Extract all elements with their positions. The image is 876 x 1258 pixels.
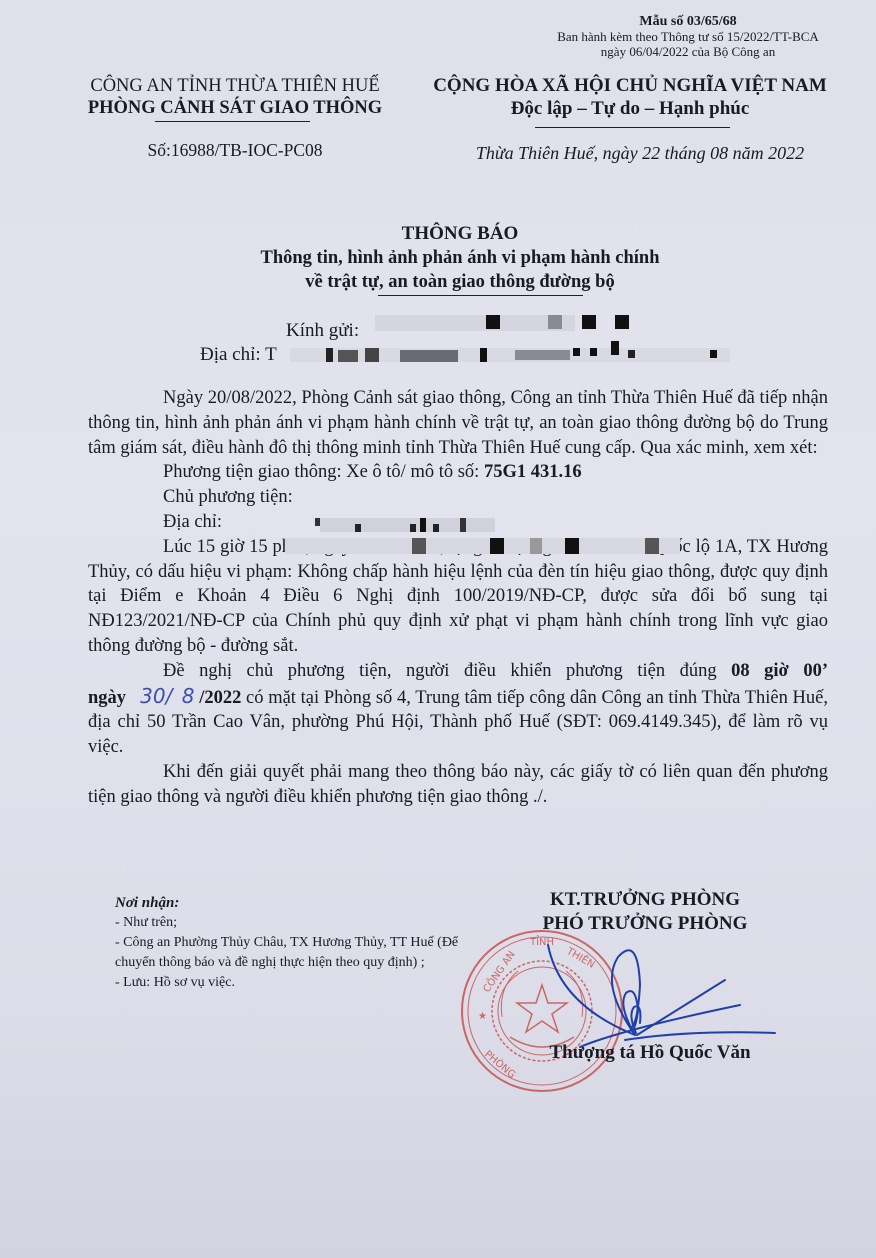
recipient-item: - Lưu: Hồ sơ vụ việc. [115, 973, 465, 993]
handwritten-month: 8 [182, 684, 195, 708]
recipient-item: - Công an Phường Thủy Châu, TX Hương Thủ… [115, 933, 465, 973]
signature-line-1: KT.TRƯỞNG PHÒNG [510, 888, 780, 912]
recipients-list: Nơi nhận: - Như trên; - Công an Phường T… [115, 893, 465, 993]
national-motto: Độc lập – Tự do – Hạnh phúc [410, 97, 850, 121]
agency-header: CÔNG AN TỈNH THỪA THIÊN HUẾ PHÒNG CẢNH S… [70, 75, 400, 119]
issued-with: Ban hành kèm theo Thông tư số 15/2022/TT… [500, 29, 876, 44]
owner-line: Chủ phương tiện: [88, 485, 828, 510]
agency-name: PHÒNG CẢNH SÁT GIAO THÔNG [70, 97, 400, 119]
owner-label: Chủ phương tiện: [163, 487, 293, 507]
signer-name: Thượng tá Hồ Quốc Văn [510, 1042, 790, 1064]
agency-parent: CÔNG AN TỈNH THỪA THIÊN HUẾ [70, 75, 400, 97]
national-name: CỘNG HÒA XÃ HỘI CHỦ NGHĨA VIỆT NAM [410, 75, 850, 97]
title-underline [378, 295, 583, 296]
national-header: CỘNG HÒA XÃ HỘI CHỦ NGHĨA VIỆT NAM Độc l… [410, 75, 850, 121]
document-number: Số:16988/TB-IOC-PC08 [70, 140, 400, 161]
handwritten-day: 30 [140, 684, 165, 708]
appointment-day-label: ngày [88, 688, 126, 708]
place-date: Thừa Thiên Huế, ngày 22 tháng 08 năm 202… [430, 143, 850, 164]
form-number: Mẫu số 03/65/68 [500, 14, 876, 29]
document-title: THÔNG BÁO Thông tin, hình ảnh phản ánh v… [150, 222, 770, 294]
intro-paragraph: Ngày 20/08/2022, Phòng Cảnh sát giao thô… [88, 386, 828, 460]
closing-paragraph: Khi đến giải quyết phải mang theo thông … [88, 760, 828, 810]
appointment-year: /2022 [199, 688, 241, 708]
motto-underline [535, 127, 730, 128]
recipient-label: Kính gửi: [286, 320, 359, 342]
svg-text:★: ★ [478, 1011, 487, 1022]
recipient-address-label: Địa chỉ: T [200, 344, 277, 366]
request-paragraph: Đề nghị chủ phương tiện, người điều khiể… [88, 659, 828, 760]
issued-date: ngày 06/04/2022 của Bộ Công an [500, 44, 876, 59]
notice-body: Ngày 20/08/2022, Phòng Cảnh sát giao thô… [88, 386, 828, 810]
title-main: THÔNG BÁO [150, 222, 770, 246]
title-sub-1: Thông tin, hình ảnh phản ánh vi phạm hàn… [150, 246, 770, 270]
appointment-time: 08 giờ 00’ [731, 661, 828, 681]
vehicle-label: Phương tiện giao thông: Xe ô tô/ mô tô s… [163, 462, 484, 482]
recipients-heading: Nơi nhận: [115, 893, 465, 913]
owner-address-label: Địa chỉ: [163, 512, 222, 532]
license-plate: 75G1 431.16 [484, 462, 582, 482]
agency-underline [155, 121, 310, 122]
recipient-item: - Như trên; [115, 913, 465, 933]
title-sub-2: về trật tự, an toàn giao thông đường bộ [150, 270, 770, 294]
vehicle-line: Phương tiện giao thông: Xe ô tô/ mô tô s… [88, 460, 828, 485]
form-reference: Mẫu số 03/65/68 Ban hành kèm theo Thông … [500, 14, 876, 59]
